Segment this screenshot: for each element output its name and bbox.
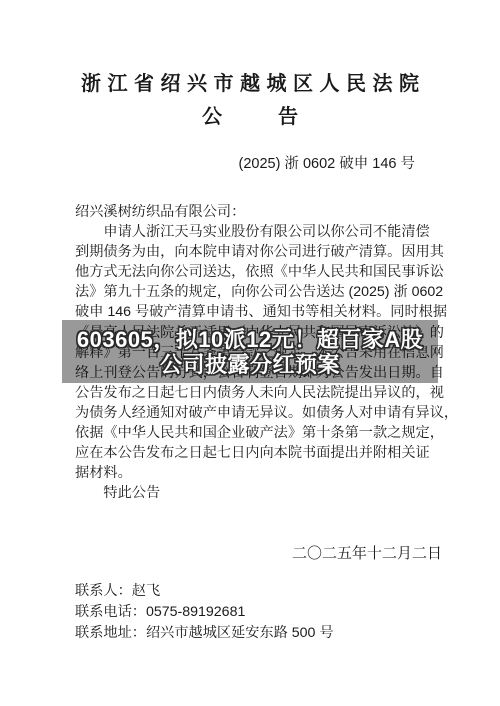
doc-type-char-2: 告 xyxy=(278,100,298,129)
closing-line: 特此公告 xyxy=(75,483,431,503)
contact-info: 联系人：赵飞 联系电话：0575-89192681 联系地址：绍兴市越城区延安东… xyxy=(75,581,334,644)
contact-phone: 联系电话：0575-89192681 xyxy=(75,602,334,623)
body-line: 依据《中华人民共和国企业破产法》第十条第一款之规定， xyxy=(75,423,431,443)
court-announcement-document: 浙江省绍兴市越城区人民法院 公 告 (2025) 浙 0602 破申 146 号… xyxy=(0,0,500,706)
body-line: 为债务人经通知对破产申请无异议。如债务人对申请有异议， xyxy=(75,403,431,423)
contact-person: 联系人：赵飞 xyxy=(75,581,334,602)
headline-line-2: 公司披露分红预案 xyxy=(160,352,340,377)
doc-type-char-1: 公 xyxy=(202,100,222,129)
addressee-line: 绍兴溪树纺织品有限公司： xyxy=(75,202,431,222)
body-line: 他方式无法向你公司送达，依照《中华人民共和国民事诉讼 xyxy=(75,262,431,282)
announcement-date: 二〇二五年十二月二日 xyxy=(292,542,442,563)
body-line: 申请人浙江天马实业股份有限公司以你公司不能清偿 xyxy=(75,222,431,242)
case-number: (2025) 浙 0602 破申 146 号 xyxy=(238,152,415,173)
body-line: 到期债务为由，向本院申请对你公司进行破产清算。因用其 xyxy=(75,242,431,262)
court-name-title: 浙江省绍兴市越城区人民法院 xyxy=(0,67,500,96)
body-line: 据材料。 xyxy=(75,463,431,483)
news-headline-overlay: 603605，拟10派12元！超百家A股 公司披露分红预案 xyxy=(62,320,438,383)
contact-address: 联系地址：绍兴市越城区延安东路 500 号 xyxy=(75,623,334,644)
doc-type-title: 公 告 xyxy=(0,100,500,129)
body-line: 法》第九十五条的规定，向你公司公告送达 (2025) 浙 0602 xyxy=(75,282,431,302)
headline-line-1: 603605，拟10派12元！超百家A股 xyxy=(77,327,423,352)
body-line: 应在本公告发布之日起七日内向本院书面提出并附相关证 xyxy=(75,443,431,463)
body-line: 公告发布之日起七日内债务人未向人民法院提出异议的，视 xyxy=(75,383,431,403)
